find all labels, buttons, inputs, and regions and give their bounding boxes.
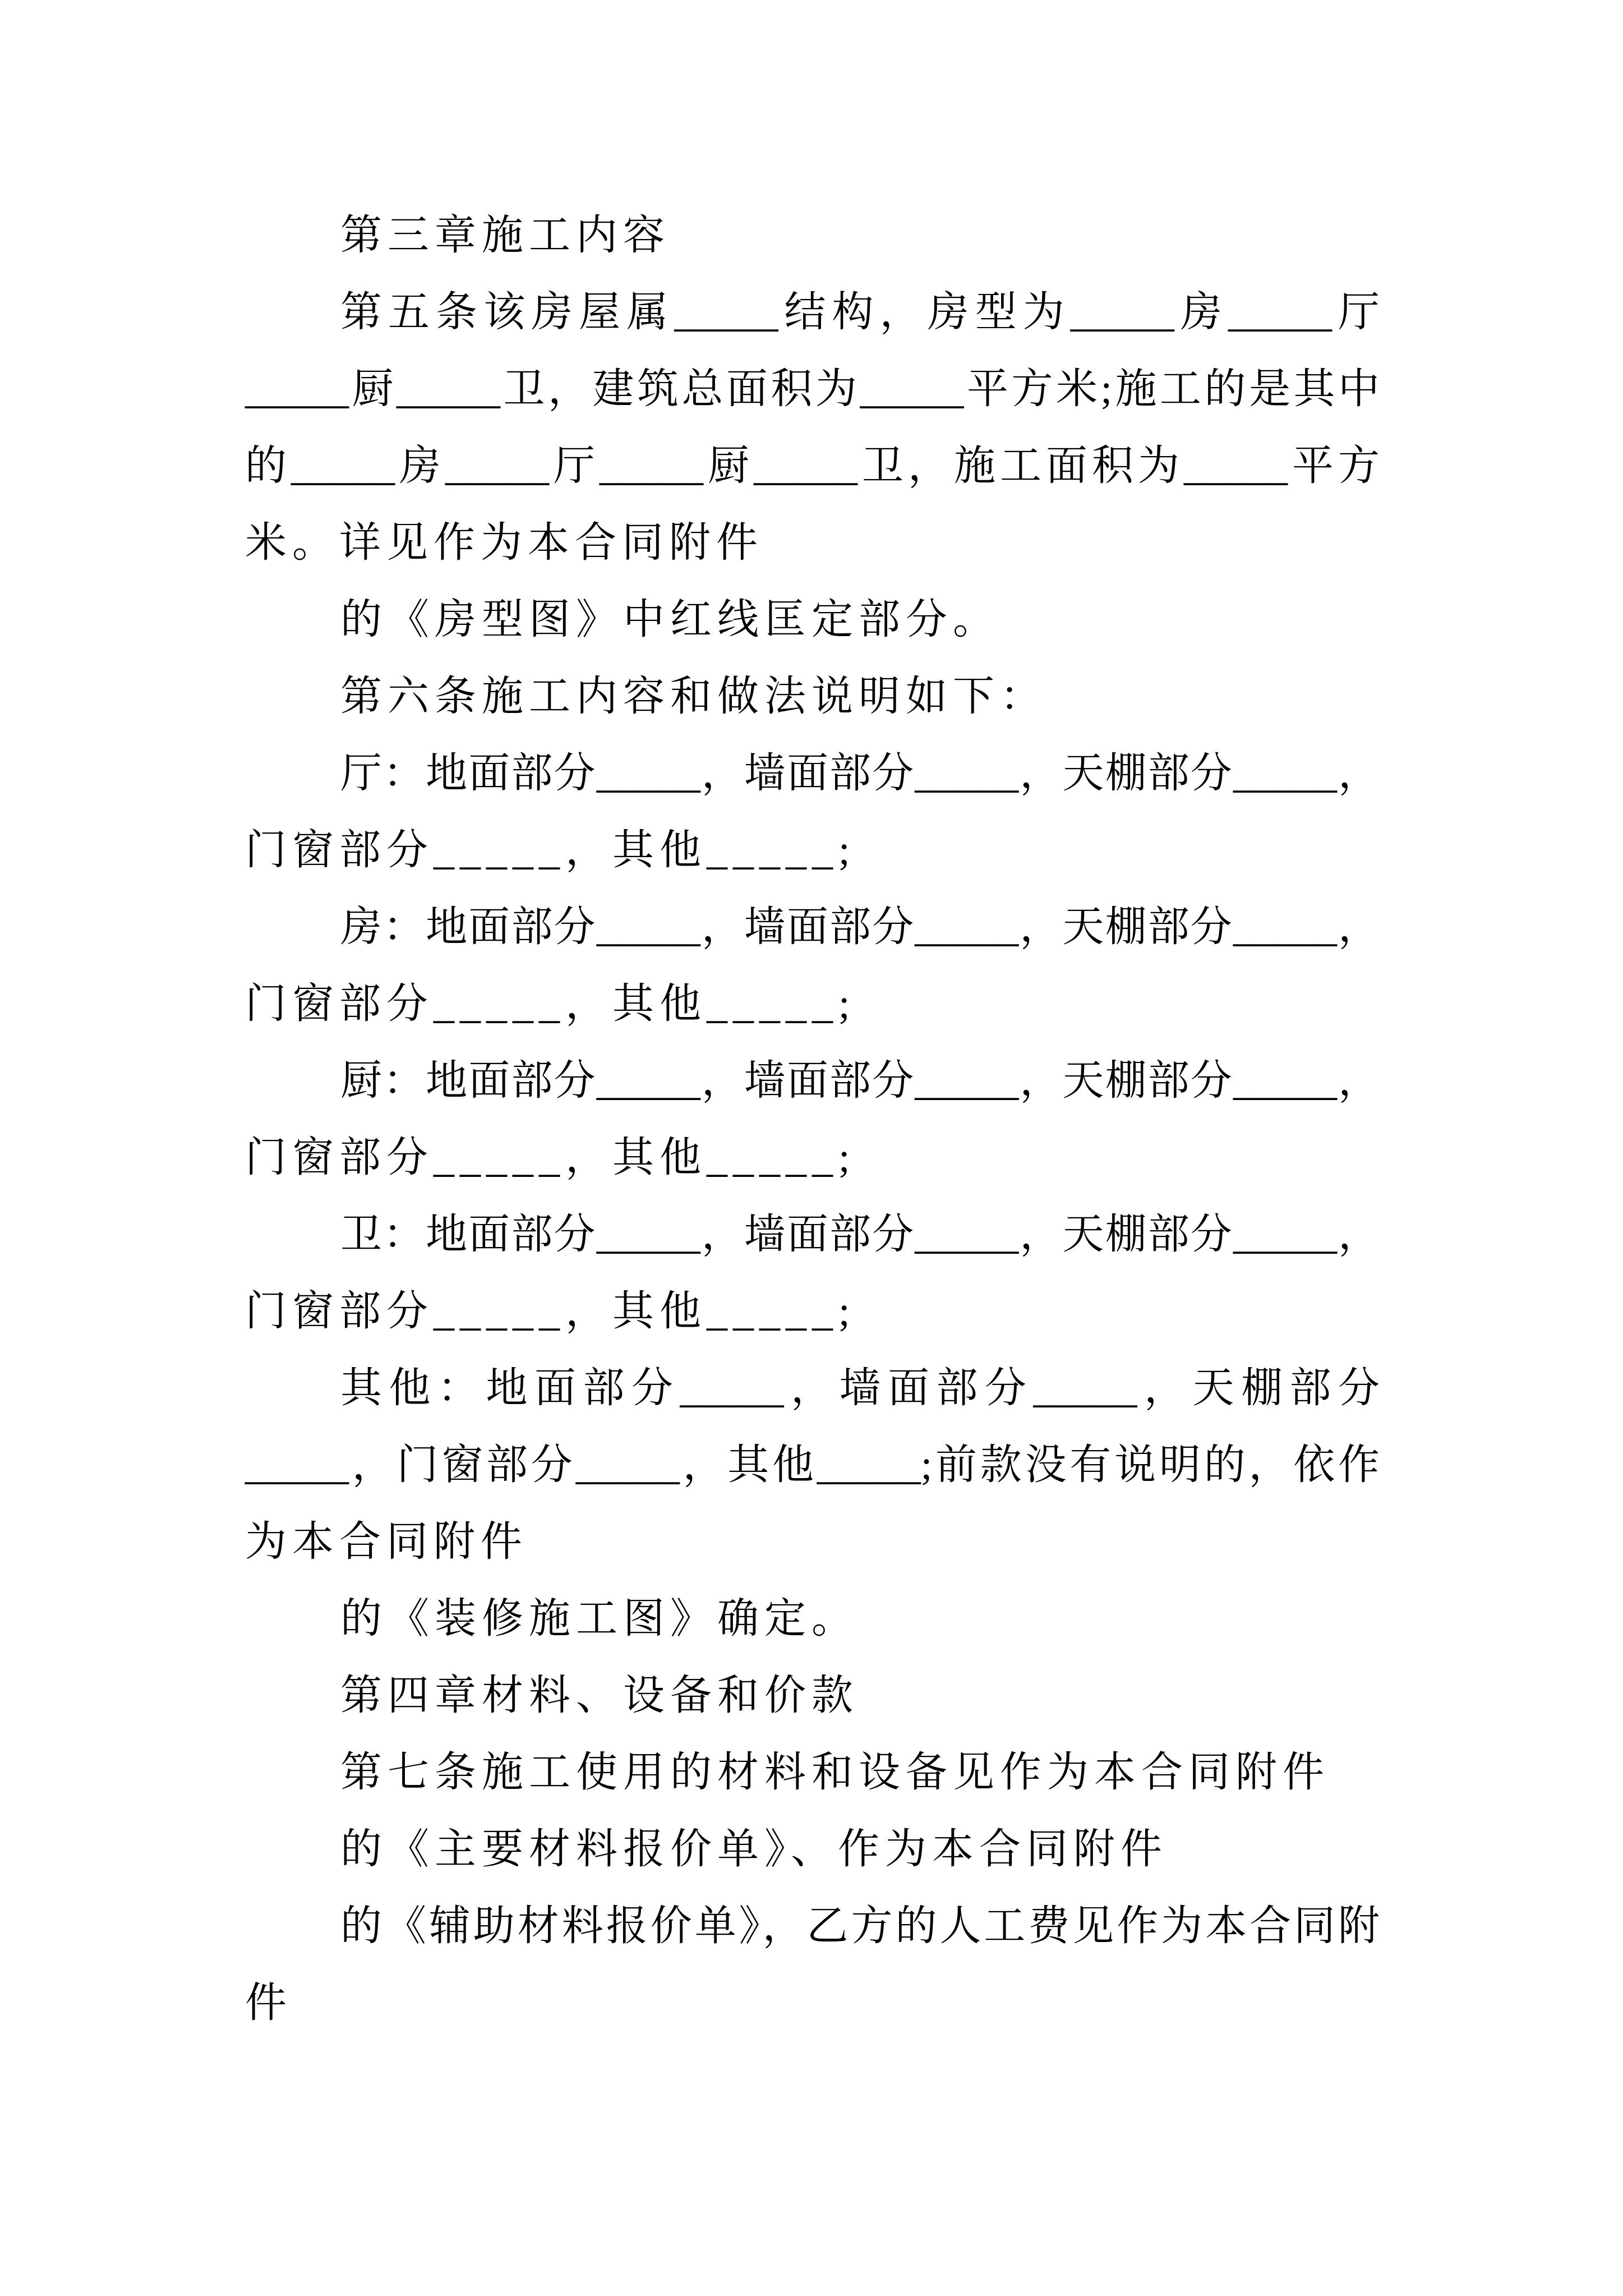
document-line: 卫：地面部分_____，墙面部分_____，天棚部分_____，: [245, 1197, 1380, 1273]
document-line: 为本合同附件: [245, 1504, 1380, 1581]
document-line: 其他：地面部分_____，墙面部分_____，天棚部分: [245, 1350, 1380, 1427]
document-line: 房：地面部分_____，墙面部分_____，天棚部分_____，: [245, 889, 1380, 966]
document-line: 第五条该房屋属_____结构，房型为_____房_____厅: [245, 274, 1380, 351]
document-line: 门窗部分_____，其他_____;: [245, 1120, 1380, 1197]
document-line: 米。详见作为本合同附件: [245, 505, 1380, 582]
document-line: 厅：地面部分_____，墙面部分_____，天棚部分_____，: [245, 735, 1380, 812]
document-line: 厨：地面部分_____，墙面部分_____，天棚部分_____，: [245, 1043, 1380, 1120]
document-line: 的_____房_____厅_____厨_____卫，施工面积为_____平方: [245, 428, 1380, 505]
document-line: _____厨_____卫，建筑总面积为_____平方米;施工的是其中: [245, 351, 1380, 428]
document-line: 第七条施工使用的材料和设备见作为本合同附件: [245, 1734, 1380, 1811]
chapter-heading: 第四章材料、设备和价款: [245, 1658, 1380, 1734]
contract-page: 第三章施工内容 第五条该房屋属_____结构，房型为_____房_____厅 _…: [0, 0, 1623, 2296]
document-line: 门窗部分_____，其他_____;: [245, 812, 1380, 889]
document-line: 的《辅助材料报价单》，乙方的人工费见作为本合同附: [245, 1888, 1380, 1965]
document-line: _____，门窗部分_____，其他_____;前款没有说明的，依作: [245, 1427, 1380, 1504]
contract-text-block: 第三章施工内容 第五条该房屋属_____结构，房型为_____房_____厅 _…: [245, 197, 1380, 2042]
document-line: 的《装修施工图》确定。: [245, 1581, 1380, 1658]
document-line: 门窗部分_____，其他_____;: [245, 966, 1380, 1043]
chapter-heading: 第三章施工内容: [245, 197, 1380, 274]
document-line: 的《主要材料报价单》、作为本合同附件: [245, 1811, 1380, 1888]
document-line: 第六条施工内容和做法说明如下：: [245, 659, 1380, 735]
document-line: 件: [245, 1965, 1380, 2042]
document-line: 的《房型图》中红线匡定部分。: [245, 582, 1380, 659]
document-line: 门窗部分_____，其他_____;: [245, 1273, 1380, 1350]
